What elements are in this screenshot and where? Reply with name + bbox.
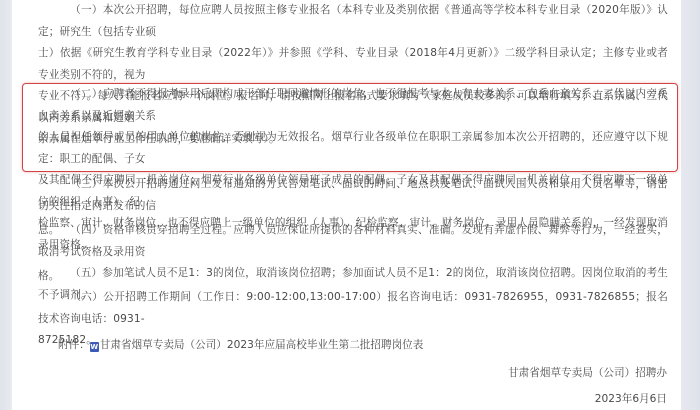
left-page-margin xyxy=(0,0,12,410)
paragraph-line: （一）本次公开招聘，每位应聘人员按照主修专业报名（本科专业及类别依据《普通高等学… xyxy=(38,0,668,43)
attachment-link[interactable]: 甘肃省烟草专卖局（公司）2023年应届高校毕业生第二批招聘岗位表 xyxy=(100,339,424,351)
attachment-line: 附件：W甘肃省烟草专卖局（公司）2023年应届高校毕业生第二批招聘岗位表 xyxy=(58,337,423,352)
attachment-label: 附件： xyxy=(58,339,90,351)
signature-date: 2023年6月6日 xyxy=(595,391,667,406)
paragraph-line: （二）应聘者不得报考录用后即构成干部任职回避情形的岗位，也不得报考与本人有夫妻关… xyxy=(38,84,668,127)
document-page: （一）本次公开招聘，每位应聘人员按照主修专业报名（本科专业及类别依据《普通高等学… xyxy=(12,0,681,410)
paragraph-line: （三）本次公开招聘通过网上发布通知的方式告知笔试、面试的时间、地点以及笔试、面试… xyxy=(38,174,668,217)
paragraph-line: （六）公开招聘工作期间（工作日：9:00-12:00,13:00-17:00）报… xyxy=(38,287,668,330)
paragraph-line: 士）依据《研究生教育学科专业目录（2022年）》并参照《学科、专业目录（2018… xyxy=(38,43,668,86)
paragraph-line: 的人员担任领导成员的用人单位的岗位，否则视为无效报名。烟草行业各级单位在职职工亲… xyxy=(38,127,668,170)
word-doc-icon[interactable]: W xyxy=(90,342,99,352)
right-page-margin xyxy=(681,0,700,410)
signature-organization: 甘肃省烟草专卖局（公司）招聘办 xyxy=(508,365,667,380)
paragraph-line: （四）资格审核贯穿招聘全过程。应聘人员应保证所提供的各种材料真实、准确。发现有弄… xyxy=(38,220,668,263)
